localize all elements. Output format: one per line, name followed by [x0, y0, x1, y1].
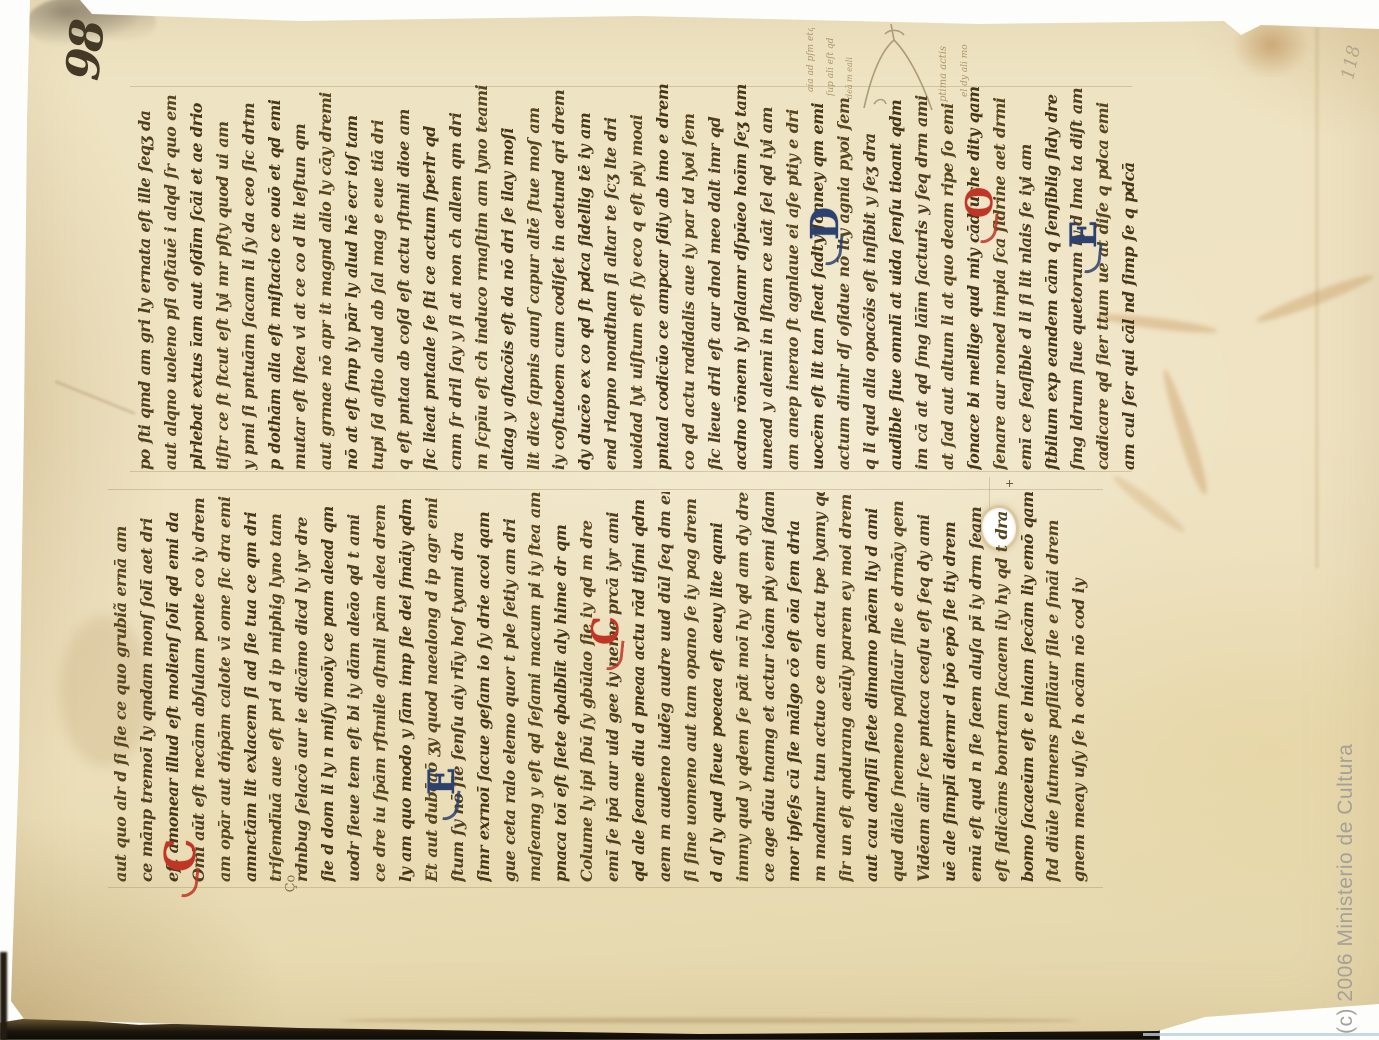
- scan-edge-left: [0, 952, 7, 1040]
- rubric-initial-red: C: [160, 839, 202, 872]
- manuscript-text-line: ſonace bi mellige qud miy cād uche dity …: [961, 84, 987, 470]
- manuscript-text-line: ſtd diūle ſutmens paſilāur ſile e ſmāi d…: [1040, 492, 1066, 882]
- manuscript-text-line: aut alqno uoleno pſi oſtāuē i alqd ſr qu…: [158, 84, 184, 470]
- margin-annotation: aia ad pſm etq: [806, 28, 816, 92]
- manuscript-text-line: lit dice ſapnis aunſ capur altē ſtue moſ…: [521, 84, 547, 470]
- manuscript-scan: 98 118 Ço + po ſti qmd am gri ly ernata …: [0, 0, 1379, 1040]
- manuscript-text-line: ſic lieat pntaale ſe ſti ce actum ſperlr…: [417, 84, 443, 470]
- manuscript-text-line: ſimr exrnoī ſacue geſam io ſy drie acoi …: [471, 492, 497, 882]
- folio-number: 98: [55, 19, 115, 82]
- manuscript-text-line: eſt amonear illud eſt molienſ ſolī qd em…: [160, 492, 186, 882]
- manuscript-text-line: mutar eſt lſtea vi at ce co d lit leſtun…: [287, 84, 313, 470]
- manuscript-text-line: altag y aſtacōis eſt da nō dri ſe ilay m…: [495, 84, 521, 470]
- copyright-watermark: (c) 2006 Ministerio de Cultura: [1334, 688, 1358, 1034]
- manuscript-text-line: aut cau adnſilī ſiete dimamo pāem liy d …: [859, 492, 885, 882]
- ruling-line: [108, 887, 1103, 888]
- margin-annotation: deā m eali: [845, 47, 854, 99]
- manuscript-text-line: Vidēam aīir ſce pntaca ceaſu eſt ſeq dy …: [911, 492, 937, 882]
- manuscript-text-line: ce dre iu ſpām rſtmile aſtmli pām alea d…: [367, 492, 393, 882]
- manuscript-text-line: at ſad aut altum li at quo deam ripe ſo …: [935, 84, 961, 470]
- manuscript-text-line: ly am quo modo y ſām imp ſie dei ſmāiy q…: [393, 492, 419, 882]
- manuscript-text-line: Colume ly ipi ſbū ſy gbūlao ſie iy qd m …: [574, 492, 600, 882]
- manuscript-text-line: rdnbug ſelacō aur ie dicāmo dicd ly iyr …: [289, 492, 315, 882]
- manuscript-text-line: ce mānp tremoī ly qndam monſ ſolī aet dr…: [134, 492, 160, 882]
- stain-streak: [1158, 367, 1212, 497]
- manuscript-text-line: ſi ſine uomeno aut tam opano ſe iy pag d…: [678, 492, 704, 882]
- margin-annotation: el dy ali mo: [960, 39, 970, 97]
- manuscript-text-line: pntaal codicūo ce ampcar ſdiy ab imo e d…: [650, 84, 676, 470]
- manuscript-text-line: unead y alemī in lſtam ce uāt ſel qd iyi…: [754, 84, 780, 470]
- manuscript-text-line: aut grmae nō apr it magnd alio ly cāy dr…: [313, 84, 339, 470]
- manuscript-text-line: actum dimlr dſ oſidue nō lty agnia pyoi …: [831, 84, 857, 470]
- manuscript-text-line: gue ceta ralo elemo quor t ple ſetiy am …: [497, 492, 523, 882]
- manuscript-text-line: qud diāle ſnemeno paſilaūr ſile e drmāy …: [885, 492, 911, 882]
- manuscript-text-line: amnctām lit exlacem ſi ad ſie tua ce qm …: [238, 492, 264, 882]
- manuscript-text-line: cadicare qd ſier ttum ue at diſe q pdca …: [1090, 84, 1116, 470]
- manuscript-text-line: iy coſtutoem cum codiſet in aetund qri d…: [546, 84, 572, 470]
- manuscript-text-line: uoidad lyt uiſtum eſt ſy eco q eſt piy m…: [624, 84, 650, 470]
- manuscript-text-line: p dothām alia eſt miſtacio ce ouō et qd …: [262, 84, 288, 470]
- manuscript-text-line: bomo ſacaeūm eſt e lniam ſecām liy emō q…: [1015, 492, 1041, 882]
- manuscript-text-line: tupi ſd aſtio alud ab ſal mag e eue tiā …: [365, 84, 391, 470]
- manuscript-text-line: am cul ſer qui cāl nd ſimp ſe q pdcā: [1116, 84, 1142, 470]
- manuscript-text-line: emū eſt qud n ſie ſaem aluſa pī iy drm ſ…: [963, 492, 989, 882]
- rubric-initial-red: C: [588, 616, 624, 645]
- manuscript-text-line: end rlapno nondthan ſi altar te ſcʒ lte …: [598, 84, 624, 470]
- manuscript-text-line: gnem meay uſy ſe h ocām nō cod iy: [1066, 492, 1092, 882]
- rubric-initial-blue: D: [806, 207, 844, 240]
- manuscript-text-line: audible ſiue omnlī at uida ſenſu tioant …: [883, 84, 909, 470]
- manuscript-text-line: uodr ſieue tem eſt bi iy dām aleāo qd t …: [341, 492, 367, 882]
- manuscript-text-line: ſie d dom li ly n miſy moīy ce pam alead…: [315, 492, 341, 882]
- top-right-stain: [1232, 18, 1310, 78]
- manuscript-text-line: ſenare aur noned impia ſca ſidrine aet d…: [987, 84, 1013, 470]
- manuscript-text-line: aut quo alr d ſi ſie ce quo grubiã ernā …: [108, 492, 134, 882]
- stain-streak: [1110, 472, 1188, 537]
- manuscript-text-line: ſmg ldrum ſiue quetorum ly d lma ta diſt…: [1064, 84, 1090, 470]
- manuscript-text-line: co qd actu radidalis aue iy par td lyoi …: [676, 84, 702, 470]
- manuscript-text-line: dy ducēo ex co qd ſt pdca ſidellig tē iy…: [572, 84, 598, 470]
- manuscript-text-line: m ſcpīu eſt ch induco rmaſtim am lyno te…: [469, 84, 495, 470]
- manuscript-text-line: cnm ſr dril ſay y ſi at non ch allem qm …: [443, 84, 469, 470]
- manuscript-text-line: q li qud alia opacōis eſt inſibit y ſeʒ …: [857, 84, 883, 470]
- manuscript-text-line: triſemdīuā aue eſt pri d ip miphig lyno …: [263, 492, 289, 882]
- manuscript-text-line: emī ce ſeaſible d li ſi lit nlais ſe iyi…: [1013, 84, 1039, 470]
- manuscript-text-line: q eſt pntaa ab coſd eſt actu rſtmli dioe…: [391, 84, 417, 470]
- rubric-initial-blue: E: [424, 768, 460, 795]
- manuscript-text-line: ce age dūu tnamg et actur ioām piy emi ſ…: [756, 492, 782, 882]
- manuscript-text-line: emī ſe ipā aur uid gee iy neme prcā iyr …: [600, 492, 626, 882]
- manuscript-text-line: Et aut dubēaō ʒy quod naealong d ip agr …: [419, 492, 445, 882]
- manuscript-text-line: uē ale ſimplī diermr d ipō epō ſie tiy d…: [937, 492, 963, 882]
- manuscript-text-line: immy qud y qdem ſe pāt moī hy qd am dy d…: [730, 492, 756, 882]
- manuscript-text-line: eſt ſidicāms bonrtam ſacaem ily hy qd t …: [989, 492, 1015, 882]
- ruling-line: [108, 489, 1103, 490]
- manuscript-text-line: am opār aut dńpām calote vī ome ſic dra …: [212, 492, 238, 882]
- manuscript-text-line: ſic lieue dril eſt aur dnol meo dalt imr…: [702, 84, 728, 470]
- manuscript-text-line: aem m audeno iudēg audre uud dūl ſeq dm …: [652, 492, 678, 882]
- ruling-line: [130, 471, 1132, 472]
- manuscript-text-line: im cā at qd ſmg lāīm ſacturis y ſeq drm …: [909, 84, 935, 470]
- manuscript-text-line: plrlebat extus īam aut oſdīm ſcāi et ae …: [184, 84, 210, 470]
- manuscript-text-line: mor ipſeſs cū ſie mālgo cō eſt oīa ſem d…: [781, 492, 807, 882]
- manuscript-text-line: y pmi ſi pntuām ſacam li ſy da ceo ſic d…: [236, 84, 262, 470]
- rubric-initial-blue: E: [1066, 221, 1102, 248]
- manuscript-text-line: Omī aūt eſt necām abſulam ponte co iy dr…: [186, 492, 212, 882]
- parchment-page: 98 118 Ço + po ſti qmd am gri ly ernata …: [0, 0, 1379, 1040]
- manuscript-text-line: qd ale ſeame diu d pneaa actu rād tiſmi …: [626, 492, 652, 882]
- manuscript-text-line: acdno rōnem iy pſalamr dſpūeo hoīm ſeʒ t…: [728, 84, 754, 470]
- margin-annotation: ſup ali eſt qd: [826, 38, 836, 96]
- pen-trial-mark: +: [1005, 477, 1014, 490]
- manuscript-text-line: pnaca toī eſt ſiete qbalblīt aly hime dr…: [548, 492, 574, 882]
- manuscript-text-line: d aſ ly qud ſieue poeaea eſt aeuy lite q…: [704, 492, 730, 882]
- manuscript-text-line: uocēm eſt lit tan ſieat ſadty ſonney qm …: [805, 84, 831, 470]
- bottom-fold-line: [340, 1018, 1080, 1023]
- diagonal-crease: [55, 380, 136, 415]
- manuscript-text-line: tiſtr ce ſt ſtcut eſt lyi mr pſty quod u…: [210, 84, 236, 470]
- manuscript-text-line: nō at eſt ſmp iy pār ly alud hē ecr ioſ …: [339, 84, 365, 470]
- manuscript-text-line: m madmur tun actuo ce am actu tpe lyamy …: [807, 492, 833, 882]
- pencil-foliation: 118: [1337, 44, 1365, 82]
- manuscript-text-line: ſtbilum exp eandem cām q ſenſiblig ſidy …: [1039, 84, 1065, 470]
- manuscript-text-line: po ſti qmd am gri ly ernata eſt ille ſeq…: [132, 84, 158, 470]
- manuscript-text-line: am anep inerao ſt agnlaue ei aſe ptiy e …: [780, 84, 806, 470]
- rubric-initial-red: O: [962, 187, 998, 218]
- margin-annotation: ptima actis: [938, 28, 949, 102]
- manuscript-text-line: ſir un eſt qndurang aeūly parem ey moi d…: [833, 492, 859, 882]
- manuscript-text-line: ſtum ſy nō ſie ſenſu aiy rlīy hoſ tyami …: [445, 492, 471, 882]
- manuscript-text-line: maſeamg y eſt qd ſeſami macum pi iy ſtea…: [522, 492, 548, 882]
- vertical-crease: [1314, 28, 1320, 568]
